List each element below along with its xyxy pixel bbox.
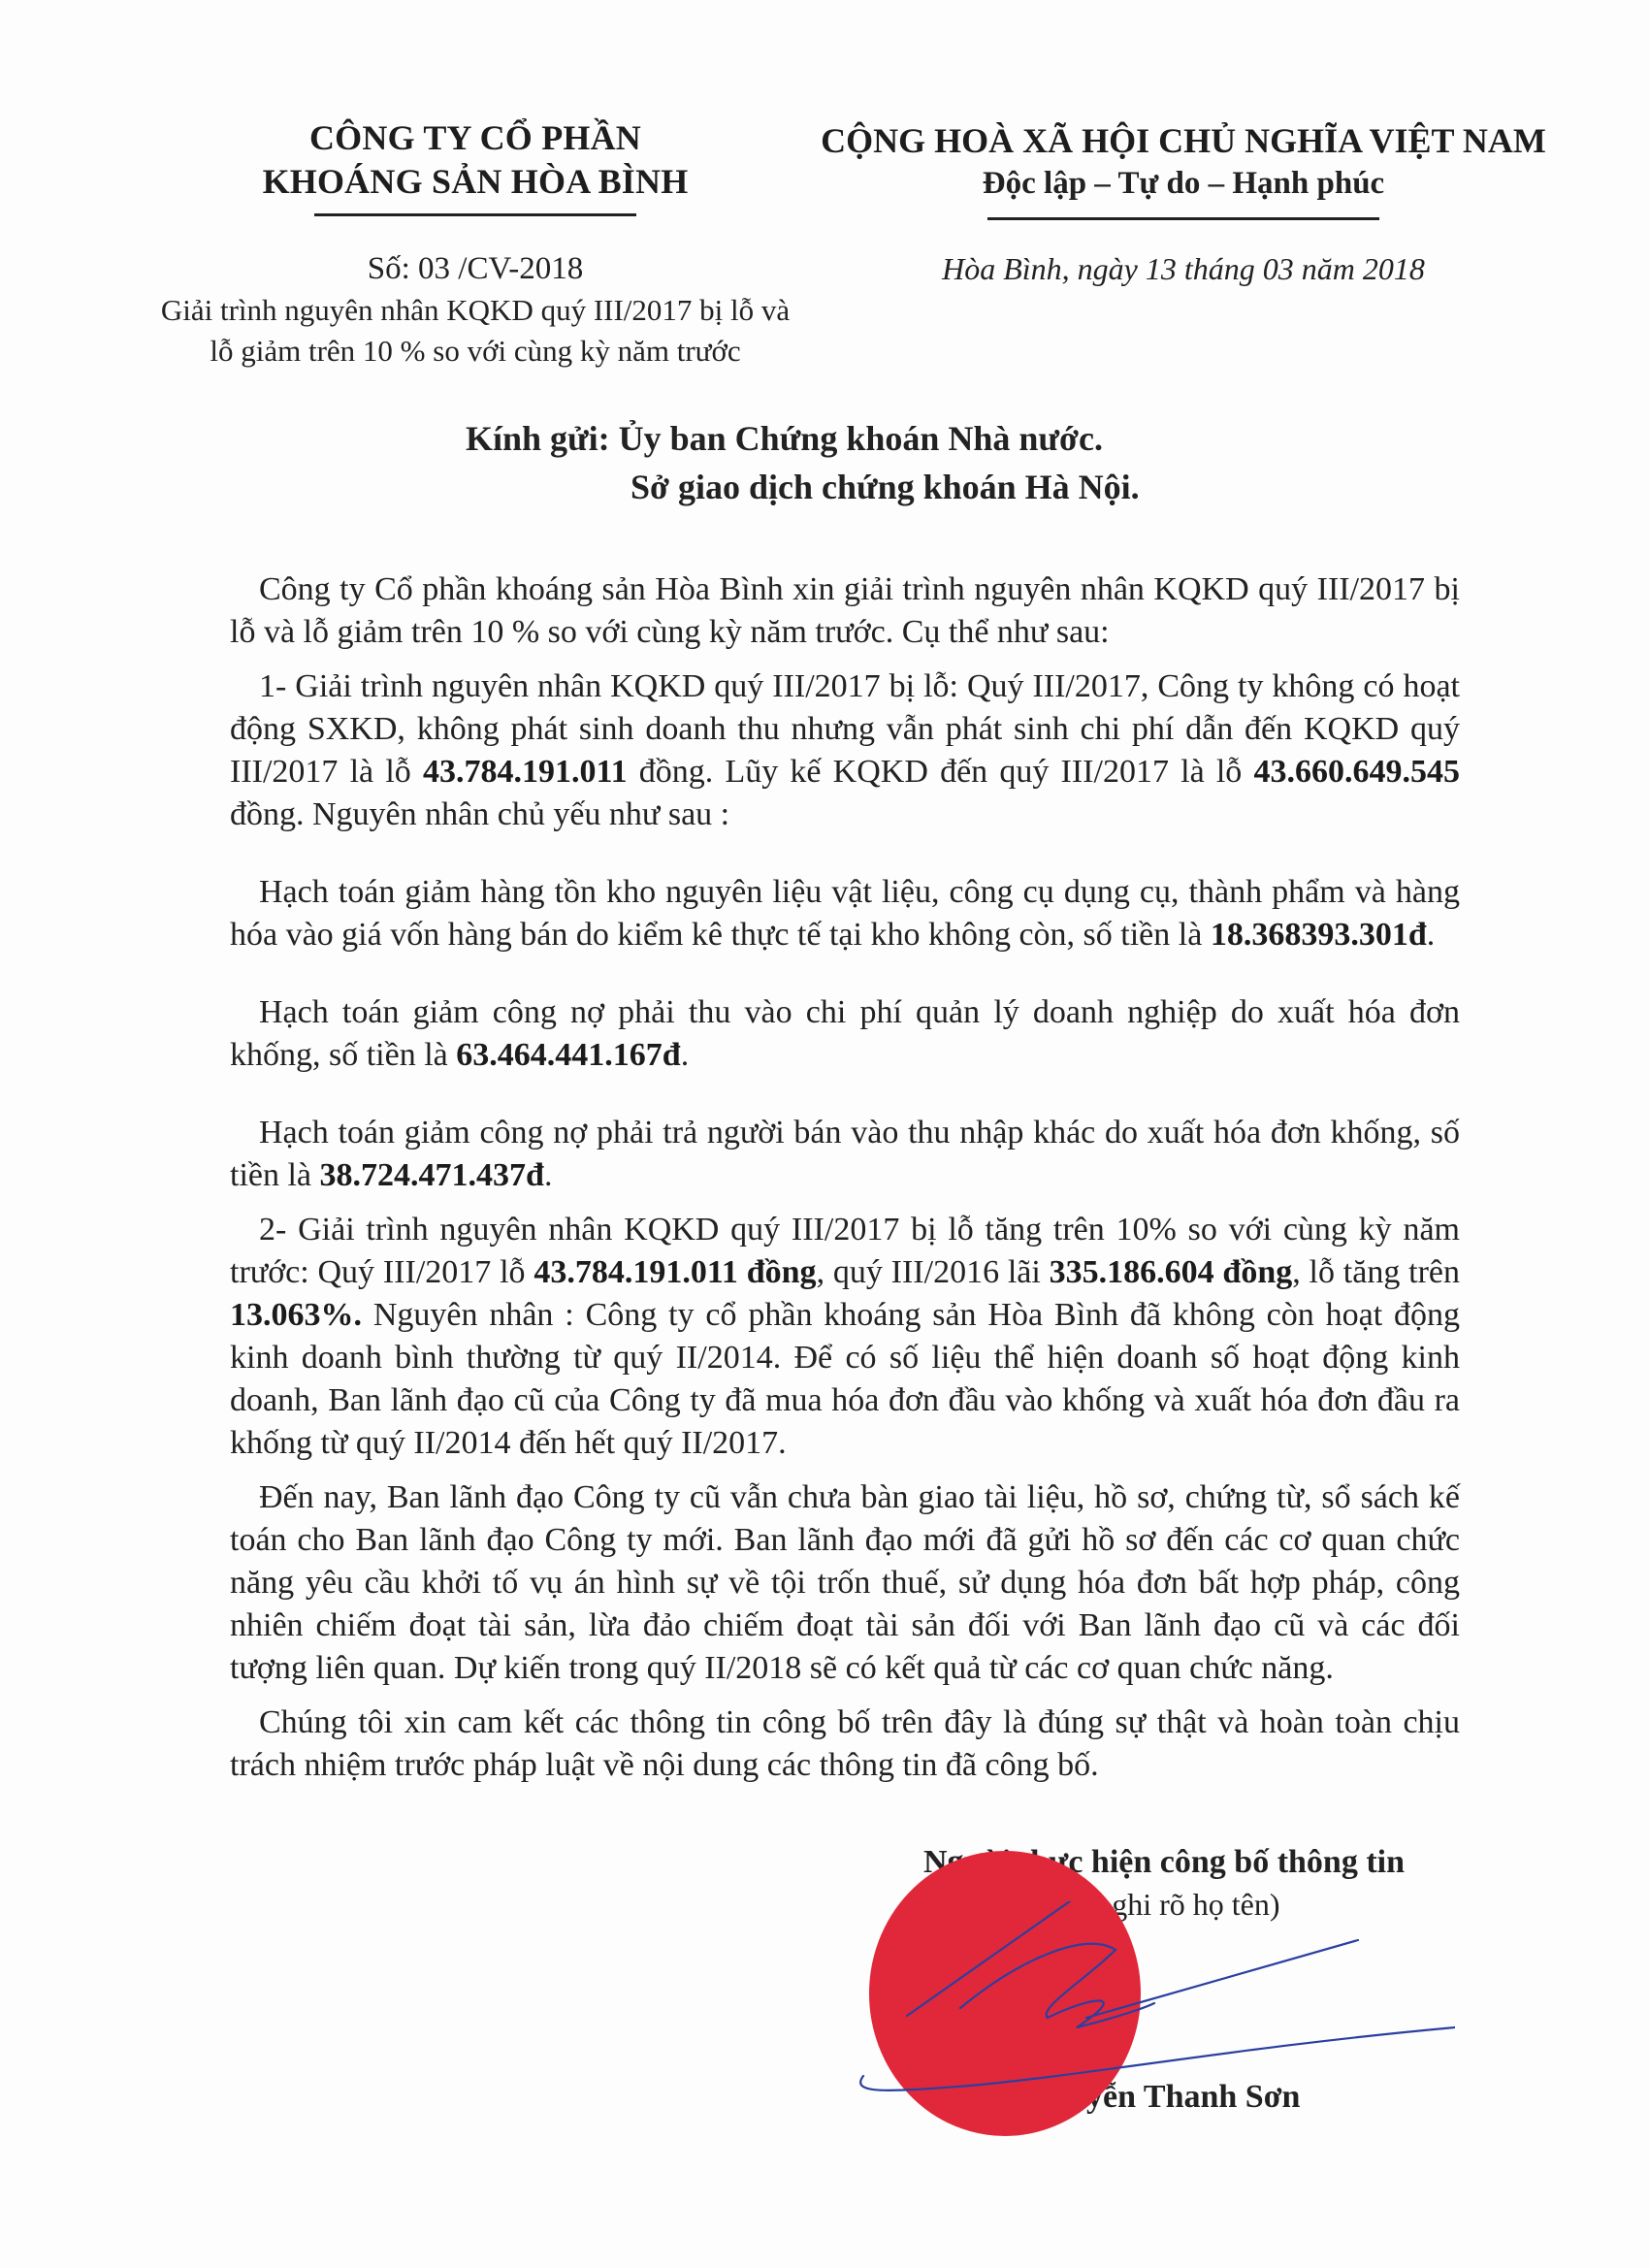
company-name-line2: KHOÁNG SẢN HÒA BÌNH — [155, 160, 795, 204]
section2-paragraph: 2- Giải trình nguyên nhân KQKD quý III/2… — [230, 1209, 1460, 1465]
place-date: Hòa Bình, ngày 13 tháng 03 năm 2018 — [795, 249, 1571, 288]
letter-body: Công ty Cổ phần khoáng sản Hòa Bình xin … — [230, 568, 1460, 1787]
subject-line1: Giải trình nguyên nhân KQKD quý III/2017… — [155, 292, 795, 329]
signature-note: (Ký, ghi rõ họ tên) — [873, 1884, 1455, 1925]
reason1-paragraph: Hạch toán giảm hàng tồn kho nguyên liệu … — [230, 871, 1460, 956]
status-paragraph: Đến nay, Ban lãnh đạo Công ty cũ vẫn chư… — [230, 1476, 1460, 1690]
document-number: Số: 03 /CV-2018 — [155, 249, 795, 288]
reason2-amount: 63.464.441.167đ — [456, 1037, 680, 1073]
loss-q3-2017: 43.784.191.011 đồng — [533, 1254, 816, 1290]
section2-text-c: , lỗ tăng trên — [1292, 1254, 1460, 1290]
company-name-line1: CÔNG TY CỔ PHẦN — [155, 116, 795, 160]
commitment-paragraph: Chúng tôi xin cam kết các thông tin công… — [230, 1701, 1460, 1787]
national-title: CỘNG HOÀ XÃ HỘI CHỦ NGHĨA VIỆT NAM — [795, 118, 1571, 163]
recipient-block: Kính gửi: Ủy ban Chứng khoán Nhà nước. S… — [466, 414, 1140, 511]
subject-line2: lỗ giảm trên 10 % so với cùng kỳ năm trư… — [155, 333, 795, 370]
motto-divider — [987, 217, 1379, 220]
national-header: CỘNG HOÀ XÃ HỘI CHỦ NGHĨA VIỆT NAM Độc l… — [795, 118, 1571, 288]
document-page: CÔNG TY CỔ PHẦN KHOÁNG SẢN HÒA BÌNH Số: … — [0, 0, 1649, 2268]
loss-cumulative-amount: 43.660.649.545 — [1254, 754, 1461, 790]
loss-q3-amount: 43.784.191.011 — [423, 754, 628, 790]
section2-text-d: Nguyên nhân : Công ty cổ phần khoáng sản… — [230, 1297, 1460, 1461]
section1-text-b: đồng. Lũy kế KQKD đến quý III/2017 là lỗ — [628, 754, 1254, 790]
recipient-line2: Sở giao dịch chứng khoán Hà Nội. — [466, 463, 1140, 511]
reason3-amount: 38.724.471.437đ — [320, 1157, 544, 1193]
company-header: CÔNG TY CỔ PHẦN KHOÁNG SẢN HÒA BÌNH Số: … — [155, 116, 795, 370]
section2-text-b: , quý III/2016 lãi — [817, 1254, 1050, 1290]
loss-increase-percent: 13.063%. — [230, 1297, 362, 1333]
header-divider — [314, 213, 636, 216]
profit-q3-2016: 335.186.604 đồng — [1050, 1254, 1293, 1290]
signature-block: Người thực hiện công bố thông tin (Ký, g… — [873, 1841, 1455, 2119]
reason2-paragraph: Hạch toán giảm công nợ phải thu vào chi … — [230, 991, 1460, 1077]
reason2-text: Hạch toán giảm công nợ phải thu vào chi … — [230, 994, 1460, 1073]
recipient-line1: Kính gửi: Ủy ban Chứng khoán Nhà nước. — [466, 414, 1140, 463]
national-motto: Độc lập – Tự do – Hạnh phúc — [795, 163, 1571, 204]
section1-text-c: đồng. Nguyên nhân chủ yếu như sau : — [230, 796, 729, 832]
intro-paragraph: Công ty Cổ phần khoáng sản Hòa Bình xin … — [230, 568, 1460, 654]
signer-role: Người thực hiện công bố thông tin — [873, 1841, 1455, 1884]
reason1-amount: 18.368393.301đ — [1211, 917, 1427, 953]
section1-paragraph: 1- Giải trình nguyên nhân KQKD quý III/2… — [230, 665, 1460, 836]
signer-name: Nguyễn Thanh Sơn — [873, 2076, 1455, 2119]
reason3-paragraph: Hạch toán giảm công nợ phải trả người bá… — [230, 1112, 1460, 1197]
